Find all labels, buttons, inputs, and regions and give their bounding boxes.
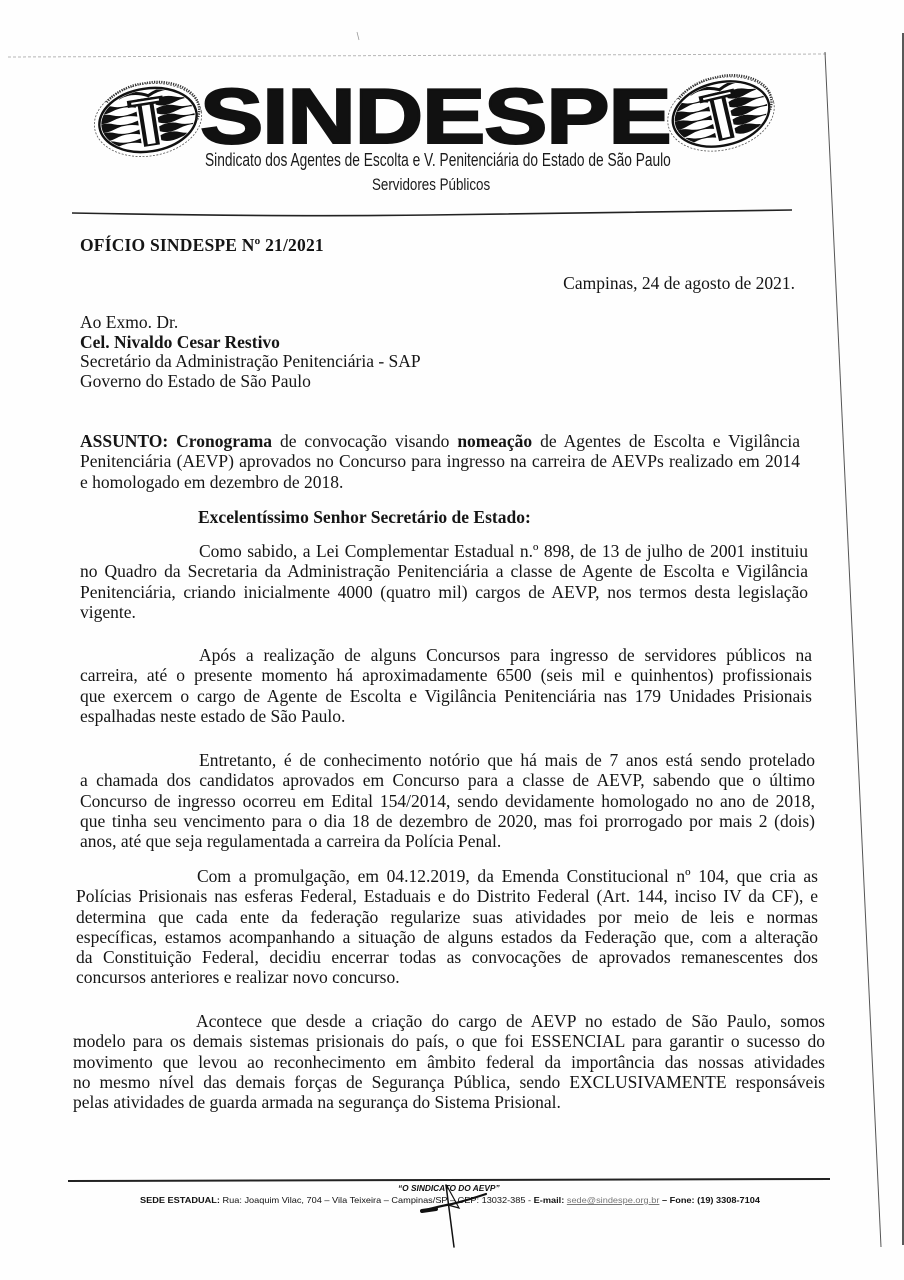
- text-line: anos, até que seja regulamentada a carre…: [80, 831, 815, 851]
- subject-block: ASSUNTO: Cronograma de convocação visand…: [80, 431, 800, 492]
- footer-motto: “O SINDICATO DO AEVP”: [398, 1184, 500, 1194]
- email-address: sede@sindespe.org.br: [567, 1195, 660, 1205]
- email-label: E-mail:: [534, 1195, 565, 1205]
- text-line: espalhadas neste estado de São Paulo.: [80, 706, 812, 726]
- scan-tick-mark: [357, 32, 359, 40]
- text-line: que exercem o cargo de Agente de Escolta…: [80, 686, 812, 706]
- subject-keyword: nomeação: [457, 431, 532, 451]
- footer-address-line: SEDE ESTADUAL: Rua: Joaquim Vilac, 704 –…: [140, 1195, 760, 1206]
- text-line: Polícias Prisionais nas esferas Federal,…: [76, 886, 818, 906]
- recipient-name: Cel. Nivaldo Cesar Restivo: [80, 333, 421, 353]
- organization-logo-text: SINDESPE: [200, 77, 671, 155]
- union-seal-right-icon: [658, 64, 784, 163]
- text-line: a chamada dos candidatos aprovados em Co…: [80, 770, 815, 790]
- subject-keyword: Cronograma: [176, 431, 272, 451]
- place-and-date: Campinas, 24 de agosto de 2021.: [563, 273, 795, 293]
- body-paragraph: Acontece que desde a criação do cargo de…: [73, 1011, 825, 1112]
- recipient-honorific: Ao Exmo. Dr.: [80, 313, 421, 333]
- text-line: movimento que levou ao reconhecimento em…: [73, 1052, 825, 1072]
- subject-line: Penitenciária (AEVP) aprovados no Concur…: [80, 451, 800, 471]
- recipient-block: Ao Exmo. Dr. Cel. Nivaldo Cesar Restivo …: [80, 313, 421, 391]
- text-line: no Quadro da Secretaria da Administração…: [80, 561, 808, 581]
- greeting: Excelentíssimo Senhor Secretário de Esta…: [198, 507, 531, 527]
- text-line: específicas, estamos acompanhando a situ…: [76, 927, 818, 947]
- text-line: determina que cada ente da federação reg…: [76, 907, 818, 927]
- document-reference: OFÍCIO SINDESPE Nº 21/2021: [80, 235, 324, 255]
- text-line: Acontece que desde a criação do cargo de…: [73, 1011, 825, 1031]
- organization-tagline: Servidores Públicos: [372, 175, 490, 195]
- body-paragraph: Após a realização de alguns Concursos pa…: [80, 645, 812, 726]
- scan-top-edge-line: [8, 54, 826, 57]
- subject-line: e homologado em dezembro de 2018.: [80, 472, 800, 492]
- body-paragraph: Entretanto, é de conhecimento notório qu…: [80, 750, 815, 851]
- scanned-letter-page: SINDESPE Sindicato dos Agentes de Escolt…: [0, 0, 904, 1280]
- text-line: carreira, até o presente momento há apro…: [80, 665, 812, 685]
- subject-label: ASSUNTO:: [80, 431, 168, 451]
- text-line: Com a promulgação, em 04.12.2019, da Eme…: [76, 866, 818, 886]
- body-paragraph: Como sabido, a Lei Complementar Estadual…: [80, 541, 808, 622]
- phone-label: – Fone:: [662, 1195, 695, 1205]
- text-line: no mesmo nível das demais forças de Segu…: [73, 1072, 825, 1092]
- text-line: modelo para os demais sistemas prisionai…: [73, 1031, 825, 1051]
- subject-text: de convocação visando: [272, 431, 457, 451]
- letterhead-rule: [72, 210, 792, 216]
- address-text: Rua: Joaquim Vilac, 704 – Vila Teixeira …: [222, 1195, 531, 1205]
- body-paragraph: Com a promulgação, em 04.12.2019, da Eme…: [76, 866, 818, 988]
- recipient-position: Secretário da Administração Penitenciári…: [80, 352, 421, 372]
- text-line: Entretanto, é de conhecimento notório qu…: [80, 750, 815, 770]
- organization-name: Sindicato dos Agentes de Escolta e V. Pe…: [205, 149, 671, 171]
- recipient-organization: Governo do Estado de São Paulo: [80, 372, 421, 392]
- subject-text: de Agentes de Escolta e Vigilância: [532, 431, 800, 451]
- scan-slanted-edge-line: [825, 52, 881, 1247]
- text-line: Penitenciária, criando inicialmente 4000…: [80, 582, 808, 602]
- phone-number: (19) 3308-7104: [697, 1195, 760, 1205]
- text-line: vigente.: [80, 602, 808, 622]
- text-line: Após a realização de alguns Concursos pa…: [80, 645, 812, 665]
- text-line: Como sabido, a Lei Complementar Estadual…: [80, 541, 808, 561]
- footer-rule: [68, 1179, 830, 1181]
- text-line: da Constituição Federal, decidiu encerra…: [76, 947, 818, 967]
- text-line: pelas atividades de guarda armada na seg…: [73, 1092, 825, 1112]
- text-line: Concurso de ingresso ocorreu em Edital 1…: [80, 791, 815, 811]
- address-label: SEDE ESTADUAL:: [140, 1195, 220, 1205]
- subject-line: ASSUNTO: Cronograma de convocação visand…: [80, 431, 800, 451]
- union-seal-left-icon: [87, 74, 210, 167]
- text-line: que tinha seu vencimento para o dia 18 d…: [80, 811, 815, 831]
- text-line: concursos anteriores e realizar novo con…: [76, 967, 818, 987]
